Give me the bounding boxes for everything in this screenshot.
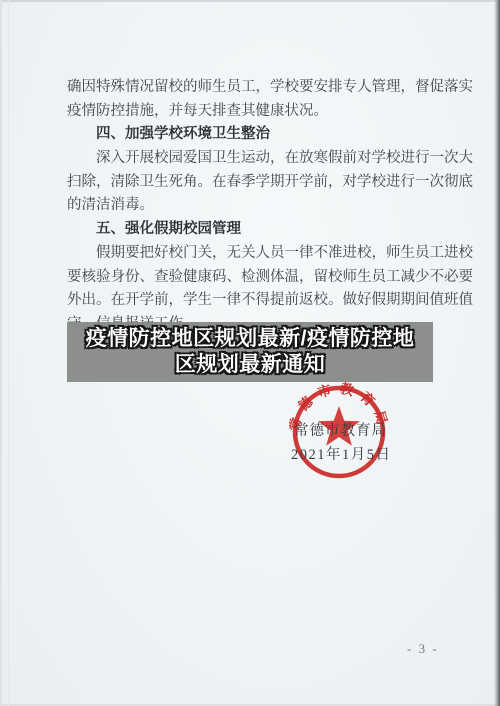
document-line: 扫除，清除卫生死角。在春季学期开学前，对学校进行一次彻底: [67, 171, 473, 195]
scan-edge-left: [0, 0, 2, 706]
section-heading-5: 五、强化假期校园管理: [67, 218, 473, 242]
caption-title-line2: 区规划最新通知: [175, 352, 326, 378]
caption-overlay-band: 疫情防控地区规划最新/疫情防控地 区规划最新通知: [67, 322, 433, 382]
section-heading-4: 四、加强学校环境卫生整治: [67, 123, 473, 147]
document-text-block: 确因特殊情况留校的师生员工，学校要安排专人管理，督促落实 疫情防控措施，并每天排…: [67, 76, 473, 337]
scanned-document-page: 确因特殊情况留校的师生员工，学校要安排专人管理，督促落实 疫情防控措施，并每天排…: [0, 0, 500, 706]
signature-org: 常德市教育局: [294, 419, 387, 440]
caption-title-line1: 疫情防控地区规划最新/疫情防控地: [86, 326, 415, 352]
signature-date: 2021年1月5日: [291, 443, 392, 464]
scan-edge-top: [0, 0, 500, 2]
scan-fold-line: [8, 0, 9, 706]
document-line: 假期要把好校门关，无关人员一律不准进校，师生员工进校: [67, 242, 473, 266]
document-line: 的清洁消毒。: [67, 194, 473, 218]
scan-edge-right: [494, 0, 500, 706]
document-line: 疫情防控措施，并每天排查其健康状况。: [67, 100, 473, 124]
document-line: 深入开展校园爱国卫生运动，在放寒假前对学校进行一次大: [67, 147, 473, 171]
document-line: 外出。在开学前，学生一律不得提前返校。做好假期期间值班值: [67, 289, 473, 313]
document-line: 要核验身份、查验健康码、检测体温，留校师生员工减少不必要: [67, 266, 473, 290]
page-number: - 3 -: [407, 641, 439, 657]
document-line: 确因特殊情况留校的师生员工，学校要安排专人管理，督促落实: [67, 76, 473, 100]
